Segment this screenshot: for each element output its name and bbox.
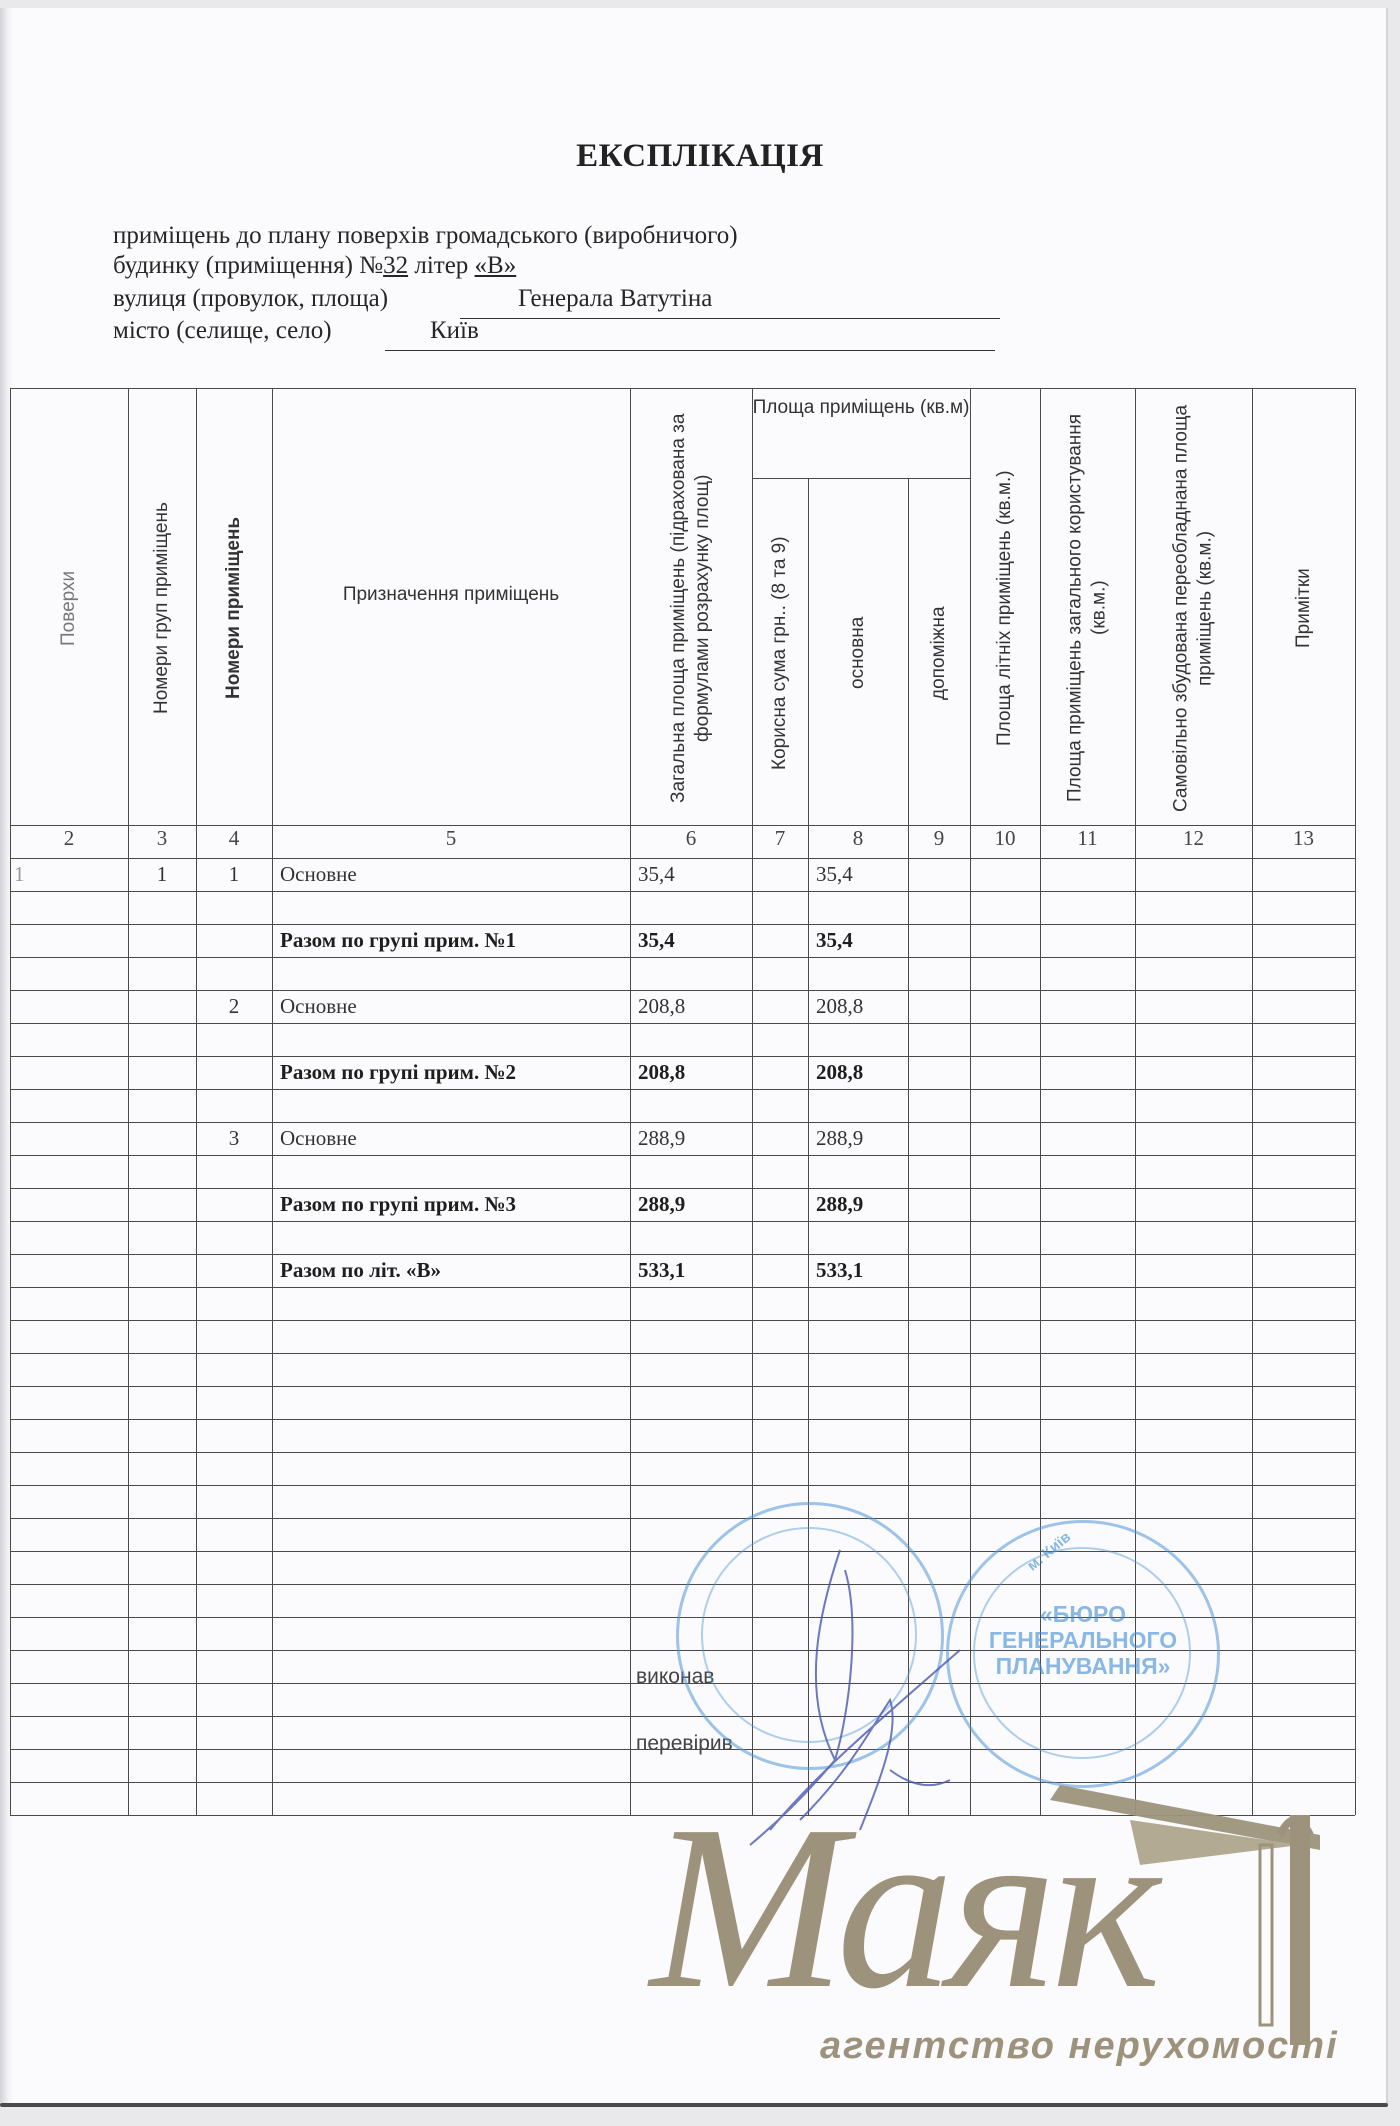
table-cell-room: 1 — [196, 862, 272, 887]
table-row-line — [10, 1485, 1355, 1486]
checked-by-label: перевірив — [636, 1732, 733, 1756]
table-column-line — [1252, 388, 1253, 1815]
table-cell-total: 35,4 — [638, 862, 675, 887]
table-cell-room: 2 — [196, 994, 272, 1019]
table-row-line — [10, 1155, 1355, 1156]
stamp-line-1: «БЮРО — [979, 1601, 1187, 1627]
brand-logo-text: Маяк — [650, 1790, 1155, 2025]
column-number: 8 — [808, 826, 908, 851]
table-row-line — [10, 1089, 1355, 1090]
table-row-line — [10, 957, 1355, 958]
column-number: 9 — [908, 826, 970, 851]
brand-tagline: агентство нерухомості — [820, 2025, 1339, 2068]
table-row-line — [10, 1056, 1355, 1057]
building-letter: «В» — [475, 252, 517, 279]
street-value: Генерала Ватутіна — [518, 285, 712, 313]
table-row-line — [10, 891, 1355, 892]
column-number: 4 — [196, 826, 272, 851]
column-number: 12 — [1135, 826, 1252, 851]
header-common-area: Площа приміщень загального користування … — [1040, 398, 1135, 818]
table-cell-main: 35,4 — [816, 928, 853, 953]
table-row-line — [10, 1188, 1355, 1189]
building-label: будинку (приміщення) № — [113, 252, 383, 279]
street-underline — [460, 318, 1000, 319]
table-column-line — [128, 388, 129, 1815]
table-cell-total: 208,8 — [638, 1060, 685, 1085]
column-number: 5 — [272, 826, 630, 851]
table-cell-purpose: Основне — [280, 994, 357, 1019]
header-purpose: Призначення приміщень — [272, 583, 630, 607]
table-cell-main: 208,8 — [816, 1060, 863, 1085]
table-cell-purpose: Основне — [280, 1126, 357, 1151]
city-label: місто (селище, село) — [113, 317, 332, 345]
column-number: 2 — [10, 826, 128, 851]
header-main: основна — [808, 488, 908, 818]
table-row-line — [10, 1122, 1355, 1123]
building-number: 32 — [383, 252, 408, 279]
header-room-numbers: Номери приміщень — [196, 398, 272, 818]
header-floors: Поверхи — [10, 398, 128, 818]
header-unauthorized-area: Самовільно збудована переобладнана площа… — [1135, 398, 1252, 818]
table-column-line — [10, 388, 11, 1815]
table-column-line — [1355, 388, 1356, 1815]
subtitle-line-1: приміщень до плану поверхів громадського… — [113, 222, 738, 250]
table-row-line — [10, 990, 1355, 991]
page-bottom-edge — [0, 2103, 1388, 2107]
table-cell-main: 35,4 — [816, 862, 853, 887]
table-cell-purpose: Разом по групі прим. №1 — [280, 928, 516, 953]
table-cell-total: 288,9 — [638, 1126, 685, 1151]
letter-label: літер — [408, 252, 474, 279]
city-underline — [385, 350, 995, 351]
header-auxiliary: допоміжна — [908, 488, 970, 818]
stamp-line-3: ПЛАНУВАННЯ» — [979, 1653, 1187, 1679]
column-number: 11 — [1040, 826, 1135, 851]
document-title: ЕКСПЛІКАЦІЯ — [0, 138, 1400, 175]
table-cell-purpose: Разом по групі прим. №3 — [280, 1192, 516, 1217]
header-summer-area: Площа літніх приміщень (кв.м.) — [970, 398, 1040, 818]
table-cell-group: 1 — [128, 862, 196, 887]
table-cell-total: 208,8 — [638, 994, 685, 1019]
table-row-line — [10, 1221, 1355, 1222]
column-number: 10 — [970, 826, 1040, 851]
header-area-group: Площа приміщень (кв.м) — [752, 396, 970, 420]
table-cell-purpose: Основне — [280, 862, 357, 887]
table-row-line — [10, 924, 1355, 925]
table-column-line — [272, 388, 273, 1815]
table-cell-purpose: Разом по літ. «В» — [280, 1258, 441, 1283]
table-cell-main: 208,8 — [816, 994, 863, 1019]
header-notes: Примітки — [1252, 398, 1356, 818]
column-number: 6 — [630, 826, 752, 851]
table-row-line — [10, 1386, 1355, 1387]
table-cell-main: 288,9 — [816, 1126, 863, 1151]
table-top-border — [10, 388, 1355, 389]
header-group-numbers: Номери груп приміщень — [128, 398, 196, 818]
table-row-line — [10, 1287, 1355, 1288]
table-row-line — [10, 1320, 1355, 1321]
city-value: Київ — [430, 317, 479, 345]
table-cell-floor: 1 — [14, 862, 132, 887]
table-cell-total: 288,9 — [638, 1192, 685, 1217]
table-row-line — [10, 1353, 1355, 1354]
table-row-line — [10, 1452, 1355, 1453]
header-total-area: Загальна площа приміщень (підрахована за… — [630, 398, 752, 818]
table-cell-main: 288,9 — [816, 1192, 863, 1217]
header-useful-sum: Корисна сума грн.. (8 та 9) — [752, 488, 808, 818]
table-row-line — [10, 858, 1355, 859]
table-cell-total: 533,1 — [638, 1258, 685, 1283]
column-number: 3 — [128, 826, 196, 851]
table-cell-room: 3 — [196, 1126, 272, 1151]
table-row-line — [10, 1518, 1355, 1519]
area-group-divider — [752, 478, 970, 479]
table-row-line — [10, 1419, 1355, 1420]
table-column-line — [630, 388, 631, 1815]
table-cell-main: 533,1 — [816, 1258, 863, 1283]
table-cell-purpose: Разом по групі прим. №2 — [280, 1060, 516, 1085]
table-column-line — [196, 388, 197, 1815]
column-number: 13 — [1252, 826, 1355, 851]
street-label: вулиця (провулок, площа) — [113, 285, 388, 313]
table-row-line — [10, 1254, 1355, 1255]
table-cell-total: 35,4 — [638, 928, 675, 953]
stamp-line-2: ГЕНЕРАЛЬНОГО — [979, 1627, 1187, 1653]
column-number: 7 — [752, 826, 808, 851]
table-row-line — [10, 1023, 1355, 1024]
subtitle-line-2: будинку (приміщення) №32 літер «В» — [113, 252, 516, 280]
